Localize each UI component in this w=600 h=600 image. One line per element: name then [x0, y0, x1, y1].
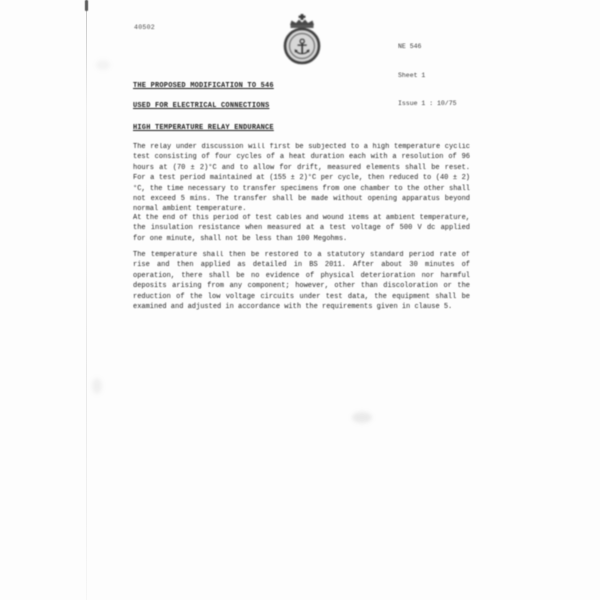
scanned-document-page: 40502 ⚓ NE 546 Sheet 1 Issue 1 : 10/75 T… — [0, 0, 600, 600]
body-paragraph-2: At the end of this period of test cables… — [133, 213, 470, 244]
header-reference-block: NE 546 Sheet 1 Issue 1 : 10/75 — [398, 23, 457, 128]
document-title-line1: THE PROPOSED MODIFICATION TO 546 — [133, 81, 473, 91]
section-heading: HIGH TEMPERATURE RELAY ENDURANCE — [133, 124, 473, 132]
scan-smudge — [352, 412, 372, 423]
body-paragraph-1: The relay under discussion will first be… — [133, 142, 470, 215]
header-ref-line1: NE 546 — [398, 42, 457, 52]
body-paragraph-3: The temperature shall then be restored t… — [133, 250, 470, 312]
document-title: THE PROPOSED MODIFICATION TO 546 USED FO… — [133, 81, 473, 111]
header-ref-line2: Sheet 1 — [398, 71, 457, 81]
scan-smudge — [96, 60, 110, 70]
naval-anchor-crest-icon: ⚓ — [277, 13, 327, 67]
scan-fold-line — [86, 0, 87, 600]
scan-smudge — [92, 378, 102, 394]
document-title-line2: USED FOR ELECTRICAL CONNECTIONS — [133, 101, 473, 111]
anchor-icon: ⚓ — [293, 35, 312, 59]
document-reference-number: 40502 — [134, 24, 155, 31]
